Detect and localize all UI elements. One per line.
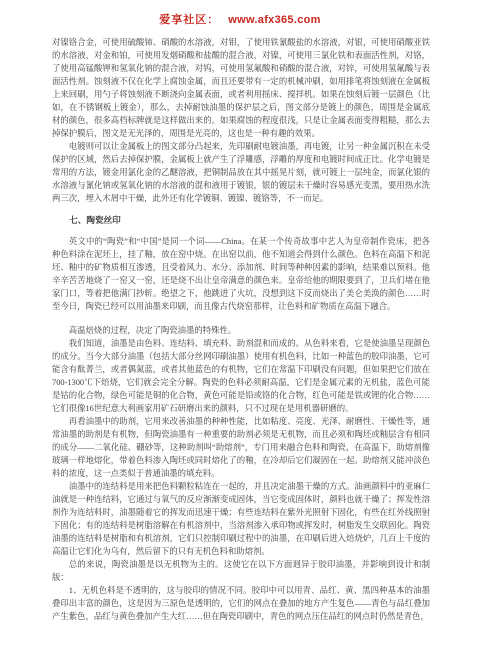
article-body: 对镍铬合金，可使用硫酸铈、硝酸的水溶液，对钼，了使用铁氰酸盐的水溶液，对银，可使… <box>52 36 430 623</box>
paragraph-additives-flux: 再看油墨中的助剂，它用来改善油墨的种种性能，比如粘度、亮度、光泽、耐磨性、干燥性… <box>52 415 430 480</box>
document-page: 爱享社区：www.afx365.com 对镍铬合金，可使用硫酸铈、硝酸的水溶液，… <box>0 0 480 651</box>
site-name: 爱享社区： <box>159 14 219 26</box>
site-url-link[interactable]: www.afx365.com <box>228 14 320 26</box>
paragraph-point-1-opacity: 1、无机色料是不透明的，这与胶印的情况不同。胶印中可以用青、品红、黄、黑四种基本… <box>52 584 430 623</box>
section-heading-ceramic-screen-printing: 七、陶瓷丝印 <box>52 214 430 227</box>
paragraph-pigments: 我们知道，油墨是由色料、连结料、填充料、助剂混和而成的。从色料来看，它是使油墨呈… <box>52 337 430 415</box>
paragraph-china-legend: 英文中的“陶瓷”和“中国”是同一个词——China。在某一个传奇故事中艺人为皇帝… <box>52 235 430 313</box>
paragraph-binders: 油墨中的连结料是用来把色料颗粒粘连在一起的，并且决定油墨干燥的方式。油画颜料中的… <box>52 480 430 558</box>
site-header: 爱享社区：www.afx365.com <box>0 13 480 27</box>
paragraph-metal-etching-solutions: 对镍铬合金，可使用硫酸铈、硝酸的水溶液，对钼，了使用铁氰酸盐的水溶液，对银，可使… <box>52 36 430 140</box>
paragraph-electroplating: 电镀则可以让金属板上的图文部分凸起来，先印刷耐电镀油墨，再电镀，让另一种金属沉积… <box>52 140 430 205</box>
paragraph-summary-inorganic: 总的来说，陶瓷油墨是以无机物为主的。这使它在以下方面迥异于胶印油墨，并影响到设计… <box>52 558 430 584</box>
paragraph-firing-process: 高温焙烧的过程，决定了陶瓷油墨的特殊性。 <box>52 324 430 337</box>
